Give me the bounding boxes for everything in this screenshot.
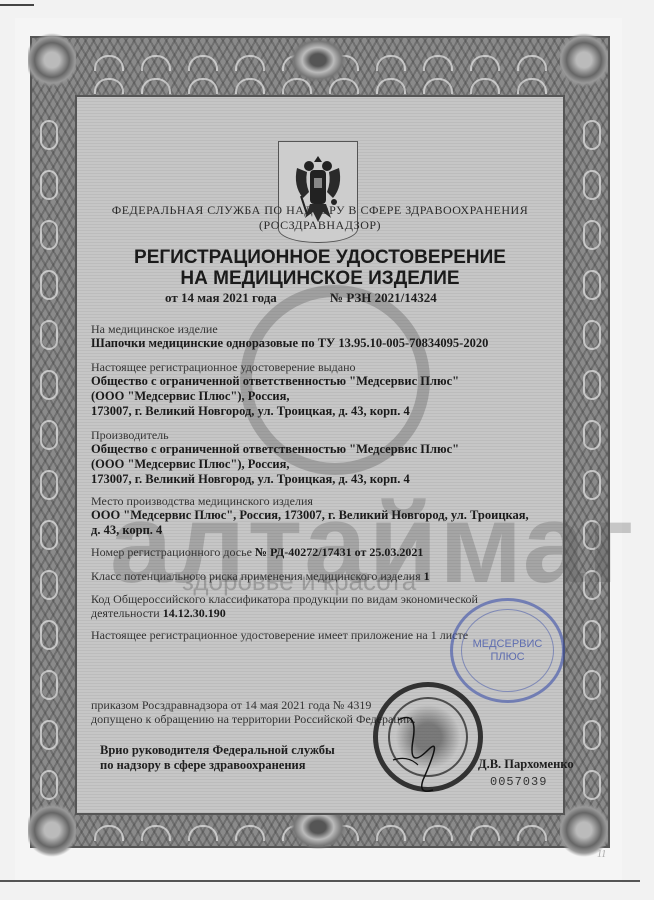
risk-class-row: Класс потенциального риска применения ме…: [91, 569, 430, 584]
document-title: РЕГИСТРАЦИОННОЕ УДОСТОВЕРЕНИЕ: [75, 247, 565, 269]
signature-scribble: [388, 700, 458, 800]
okpd-label: Код Общероссийского классификатора проду…: [91, 592, 478, 607]
okpd-label-cont: деятельности: [91, 606, 160, 620]
pencil-mark: 11: [597, 849, 606, 860]
issued-to-label: Настоящее регистрационное удостоверение …: [91, 360, 356, 375]
risk-class-value: 1: [424, 569, 430, 583]
production-site-address-cont: д. 43, корп. 4: [91, 523, 551, 538]
appendix-note: Настоящее регистрационное удостоверение …: [91, 628, 468, 643]
dossier-row: Номер регистрационного досье № РД-40272/…: [91, 545, 423, 560]
corner-ornament-icon: [28, 800, 76, 860]
device-value: Шапочки медицинские одноразовые по ТУ 13…: [91, 336, 551, 351]
okpd-code: 14.12.30.190: [163, 606, 226, 620]
frame-ornament-right: [583, 110, 601, 810]
issue-date: от 14 мая 2021 года: [165, 290, 277, 306]
dossier-label: Номер регистрационного досье: [91, 545, 252, 559]
circulation-permission: допущено к обращению на территории Росси…: [91, 712, 416, 727]
corner-ornament-icon: [560, 30, 608, 90]
signer-name: Д.В. Пархоменко: [478, 757, 574, 772]
order-reference: приказом Росздравнадзора от 14 мая 2021 …: [91, 698, 371, 713]
company-stamp: МЕДСЕРВИС ПЛЮС: [450, 598, 565, 703]
issued-to-short: (ООО "Медсервис Плюс"), Россия,: [91, 389, 551, 404]
page-edge: [0, 4, 34, 6]
dossier-value: № РД-40272/17431 от 25.03.2021: [255, 545, 423, 559]
manufacturer-address: 173007, г. Великий Новгород, ул. Троицка…: [91, 472, 551, 487]
issued-to-address: 173007, г. Великий Новгород, ул. Троицка…: [91, 404, 551, 419]
agency-name: ФЕДЕРАЛЬНАЯ СЛУЖБА ПО НАДЗОРУ В СФЕРЕ ЗД…: [75, 203, 565, 218]
document-subtitle: НА МЕДИЦИНСКОЕ ИЗДЕЛИЕ: [75, 268, 565, 290]
manufacturer-short: (ООО "Медсервис Плюс"), Россия,: [91, 457, 551, 472]
company-stamp-text: МЕДСЕРВИС: [473, 638, 543, 651]
page-edge: [0, 880, 640, 882]
manufacturer-label: Производитель: [91, 428, 169, 443]
issued-to-name: Общество с ограниченной ответственностью…: [91, 374, 551, 389]
company-stamp-text: ПЛЮС: [473, 651, 543, 664]
form-serial-number: 0057039: [490, 775, 547, 789]
agency-abbreviation: (РОСЗДРАВНАДЗОР): [75, 218, 565, 233]
risk-class-label: Класс потенциального риска применения ме…: [91, 569, 421, 583]
production-site-label: Место производства медицинского изделия: [91, 494, 313, 509]
device-label: На медицинское изделие: [91, 322, 218, 337]
center-ornament-icon: [290, 38, 346, 82]
corner-ornament-icon: [28, 30, 76, 90]
signer-position-cont: по надзору в сфере здравоохранения: [100, 758, 306, 773]
production-site-address: ООО "Медсервис Плюс", Россия, 173007, г.…: [91, 508, 551, 523]
signer-position: Врио руководителя Федеральной службы: [100, 743, 335, 758]
frame-ornament-left: [40, 110, 58, 810]
okpd-row: деятельности 14.12.30.190: [91, 606, 226, 621]
registration-number: № РЗН 2021/14324: [330, 290, 437, 306]
manufacturer-name: Общество с ограниченной ответственностью…: [91, 442, 551, 457]
